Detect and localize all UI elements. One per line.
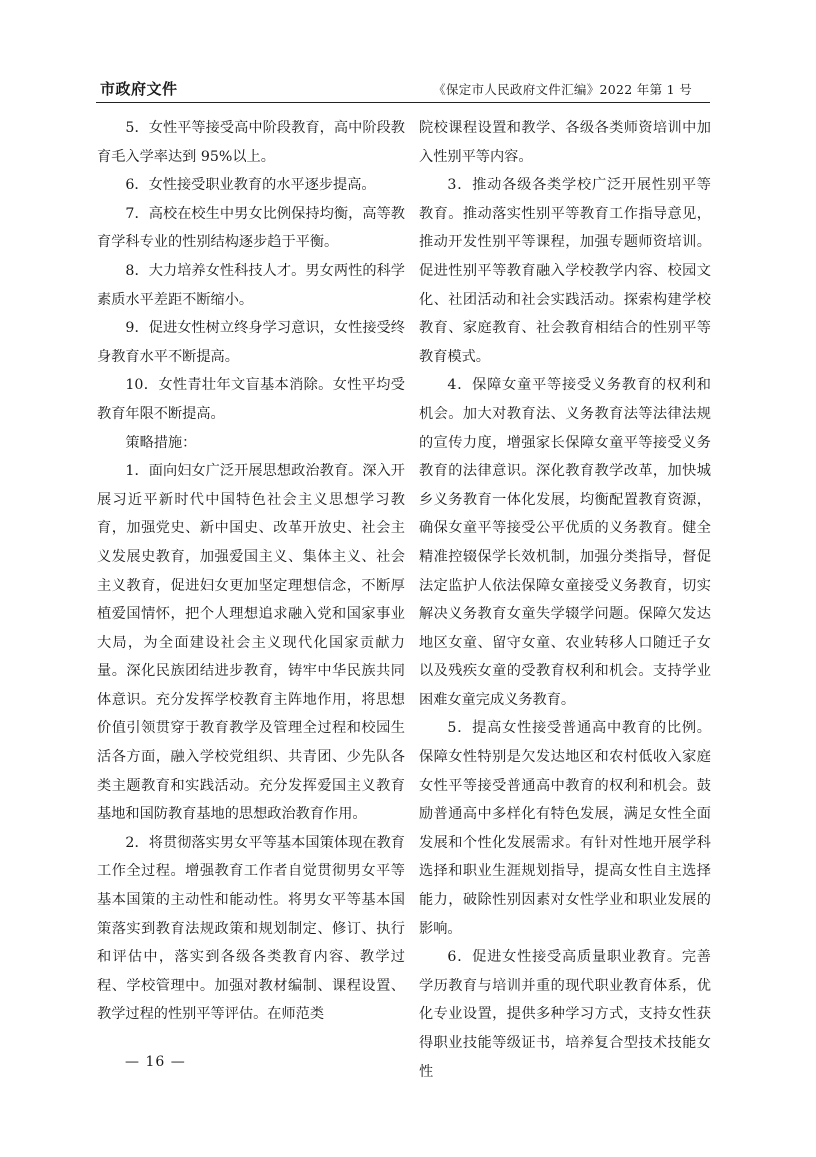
- goal-item-10: 10．女性青壮年文盲基本消除。女性平均受教育年限不断提高。: [97, 371, 405, 428]
- strategy-item-6: 6．促进女性接受高质量职业教育。完善学历教育与培训并重的现代职业教育体系，优化专…: [419, 943, 711, 1086]
- goal-item-6: 6．女性接受职业教育的水平逐步提高。: [97, 171, 405, 200]
- left-column: 5．女性平等接受高中阶段教育，高中阶段教育毛入学率达到 95%以上。 6．女性接…: [97, 114, 405, 1029]
- page-number: — 16 —: [125, 1054, 186, 1070]
- strategy-item-3: 3．推动各级各类学校广泛开展性别平等教育。推动落实性别平等教育工作指导意见，推动…: [419, 171, 711, 371]
- goal-item-8: 8．大力培养女性科技人才。男女两性的科学素质水平差距不断缩小。: [97, 257, 405, 314]
- strategy-item-4: 4．保障女童平等接受义务教育的权利和机会。加大对教育法、义务教育法等法律法规的宣…: [419, 371, 711, 714]
- goal-item-7: 7．高校在校生中男女比例保持均衡，高等教育学科专业的性别结构逐步趋于平衡。: [97, 200, 405, 257]
- strategy-item-2: 2．将贯彻落实男女平等基本国策体现在教育工作全过程。增强教育工作者自觉贯彻男女平…: [97, 829, 405, 1029]
- right-column: 院校课程设置和教学、各级各类师资培训中加入性别平等内容。 3．推动各级各类学校广…: [419, 114, 711, 1086]
- strategy-heading: 策略措施：: [97, 429, 405, 458]
- section-title: 市政府文件: [100, 78, 178, 99]
- publication-title: 《保定市人民政府文件汇编》2022 年第 1 号: [433, 80, 692, 98]
- strategy-item-1: 1．面向妇女广泛开展思想政治教育。深入开展习近平新时代中国特色社会主义思想学习教…: [97, 457, 405, 829]
- goal-item-5: 5．女性平等接受高中阶段教育，高中阶段教育毛入学率达到 95%以上。: [97, 114, 405, 171]
- strategy-item-2-continued: 院校课程设置和教学、各级各类师资培训中加入性别平等内容。: [419, 114, 711, 171]
- strategy-item-5: 5．提高女性接受普通高中教育的比例。保障女性特别是欠发达地区和农村低收入家庭女性…: [419, 714, 711, 943]
- page-header: 市政府文件 《保定市人民政府文件汇编》2022 年第 1 号: [96, 78, 710, 103]
- goal-item-9: 9．促进女性树立终身学习意识，女性接受终身教育水平不断提高。: [97, 314, 405, 371]
